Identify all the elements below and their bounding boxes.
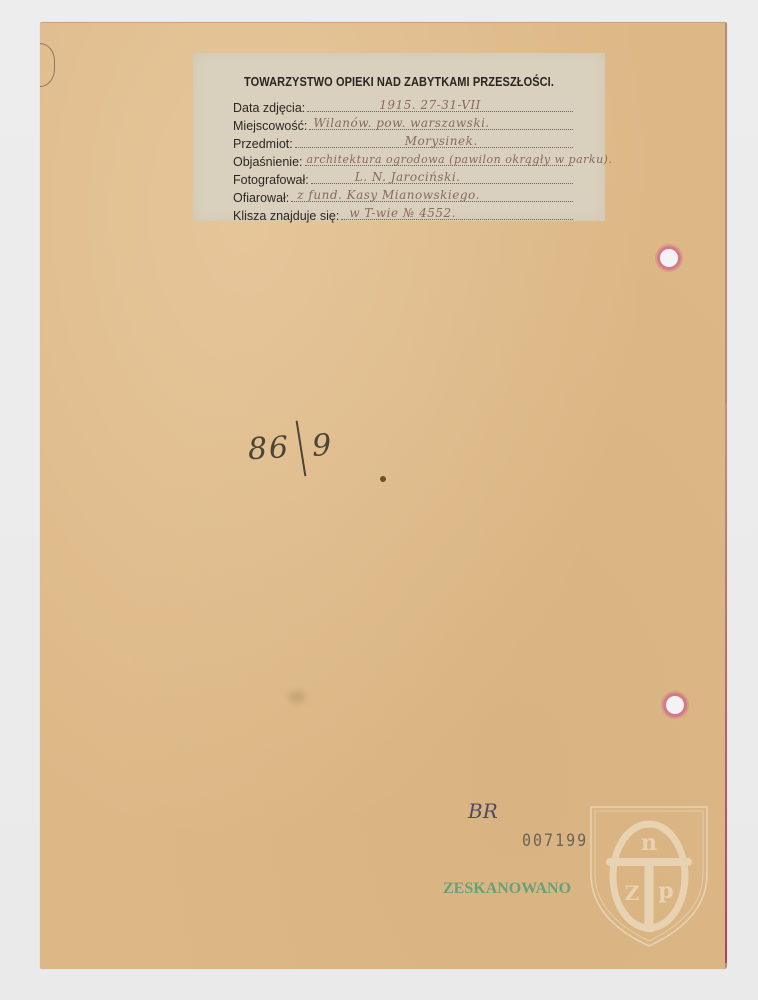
br-pencil-mark: BR [468,799,498,823]
inventory-slash [296,421,307,477]
inventory-number-right: 9 [311,428,334,464]
svg-text:p: p [658,878,673,904]
svg-text:n: n [641,830,657,856]
punch-hole-top [660,249,678,267]
scanned-stamp: ZESKANOWANO [443,880,571,898]
field-donor: Ofiarował: z fund. Kasy Mianowskiego. [233,187,573,205]
field-negative-location: Klisza znajduje się: w T-wie № 4552. [233,205,573,223]
field-subject: Przedmiot: Morysinek. [233,133,573,151]
inventory-number-left: 86 [247,430,291,467]
punch-hole-bottom [666,696,684,714]
stain [288,691,306,703]
field-label: Fotografował: [233,173,309,187]
field-label: Klisza znajduje się: [233,209,339,223]
paper-edge [725,403,727,963]
ink-dot [380,476,386,482]
corner-pencil-mark [40,43,55,87]
field-label: Miejscowość: [233,119,307,133]
label-card: TOWARZYSTWO OPIEKI NAD ZABYTKAMI PRZESZŁ… [193,53,605,221]
field-label: Ofiarował: [233,191,289,205]
field-location: Miejscowość: Wilanów. pow. warszawski. [233,115,573,133]
field-value: Wilanów. pow. warszawski. [313,116,489,130]
svg-text:Z: Z [625,881,640,905]
field-value: w T-wie № 4552. [349,206,456,220]
field-description: Objaśnienie: architektura ogrodowa (pawi… [233,151,573,169]
field-label: Przedmiot: [233,137,293,151]
field-label: Objaśnienie: [233,155,303,169]
stamp-number: 007199 [522,830,588,851]
inventory-number: 869 [247,419,335,479]
field-photographer: Fotografował: L. N. Jarociński. [233,169,573,187]
tonzp-watermark-icon: n Z p [588,804,710,949]
card-title: TOWARZYSTWO OPIEKI NAD ZABYTKAMI PRZESZŁ… [218,75,581,89]
field-value: Morysinek. [405,134,478,148]
field-label: Data zdjęcia: [233,101,305,115]
field-date: Data zdjęcia: 1915. 27-31-VII [233,97,573,115]
field-value: 1915. 27-31-VII [379,98,481,112]
field-value: z fund. Kasy Mianowskiego. [297,188,480,202]
document-paper: TOWARZYSTWO OPIEKI NAD ZABYTKAMI PRZESZŁ… [40,22,727,969]
field-value: architektura ogrodowa (pawilon okrągły w… [307,153,613,166]
field-value: L. N. Jarociński. [355,170,461,184]
